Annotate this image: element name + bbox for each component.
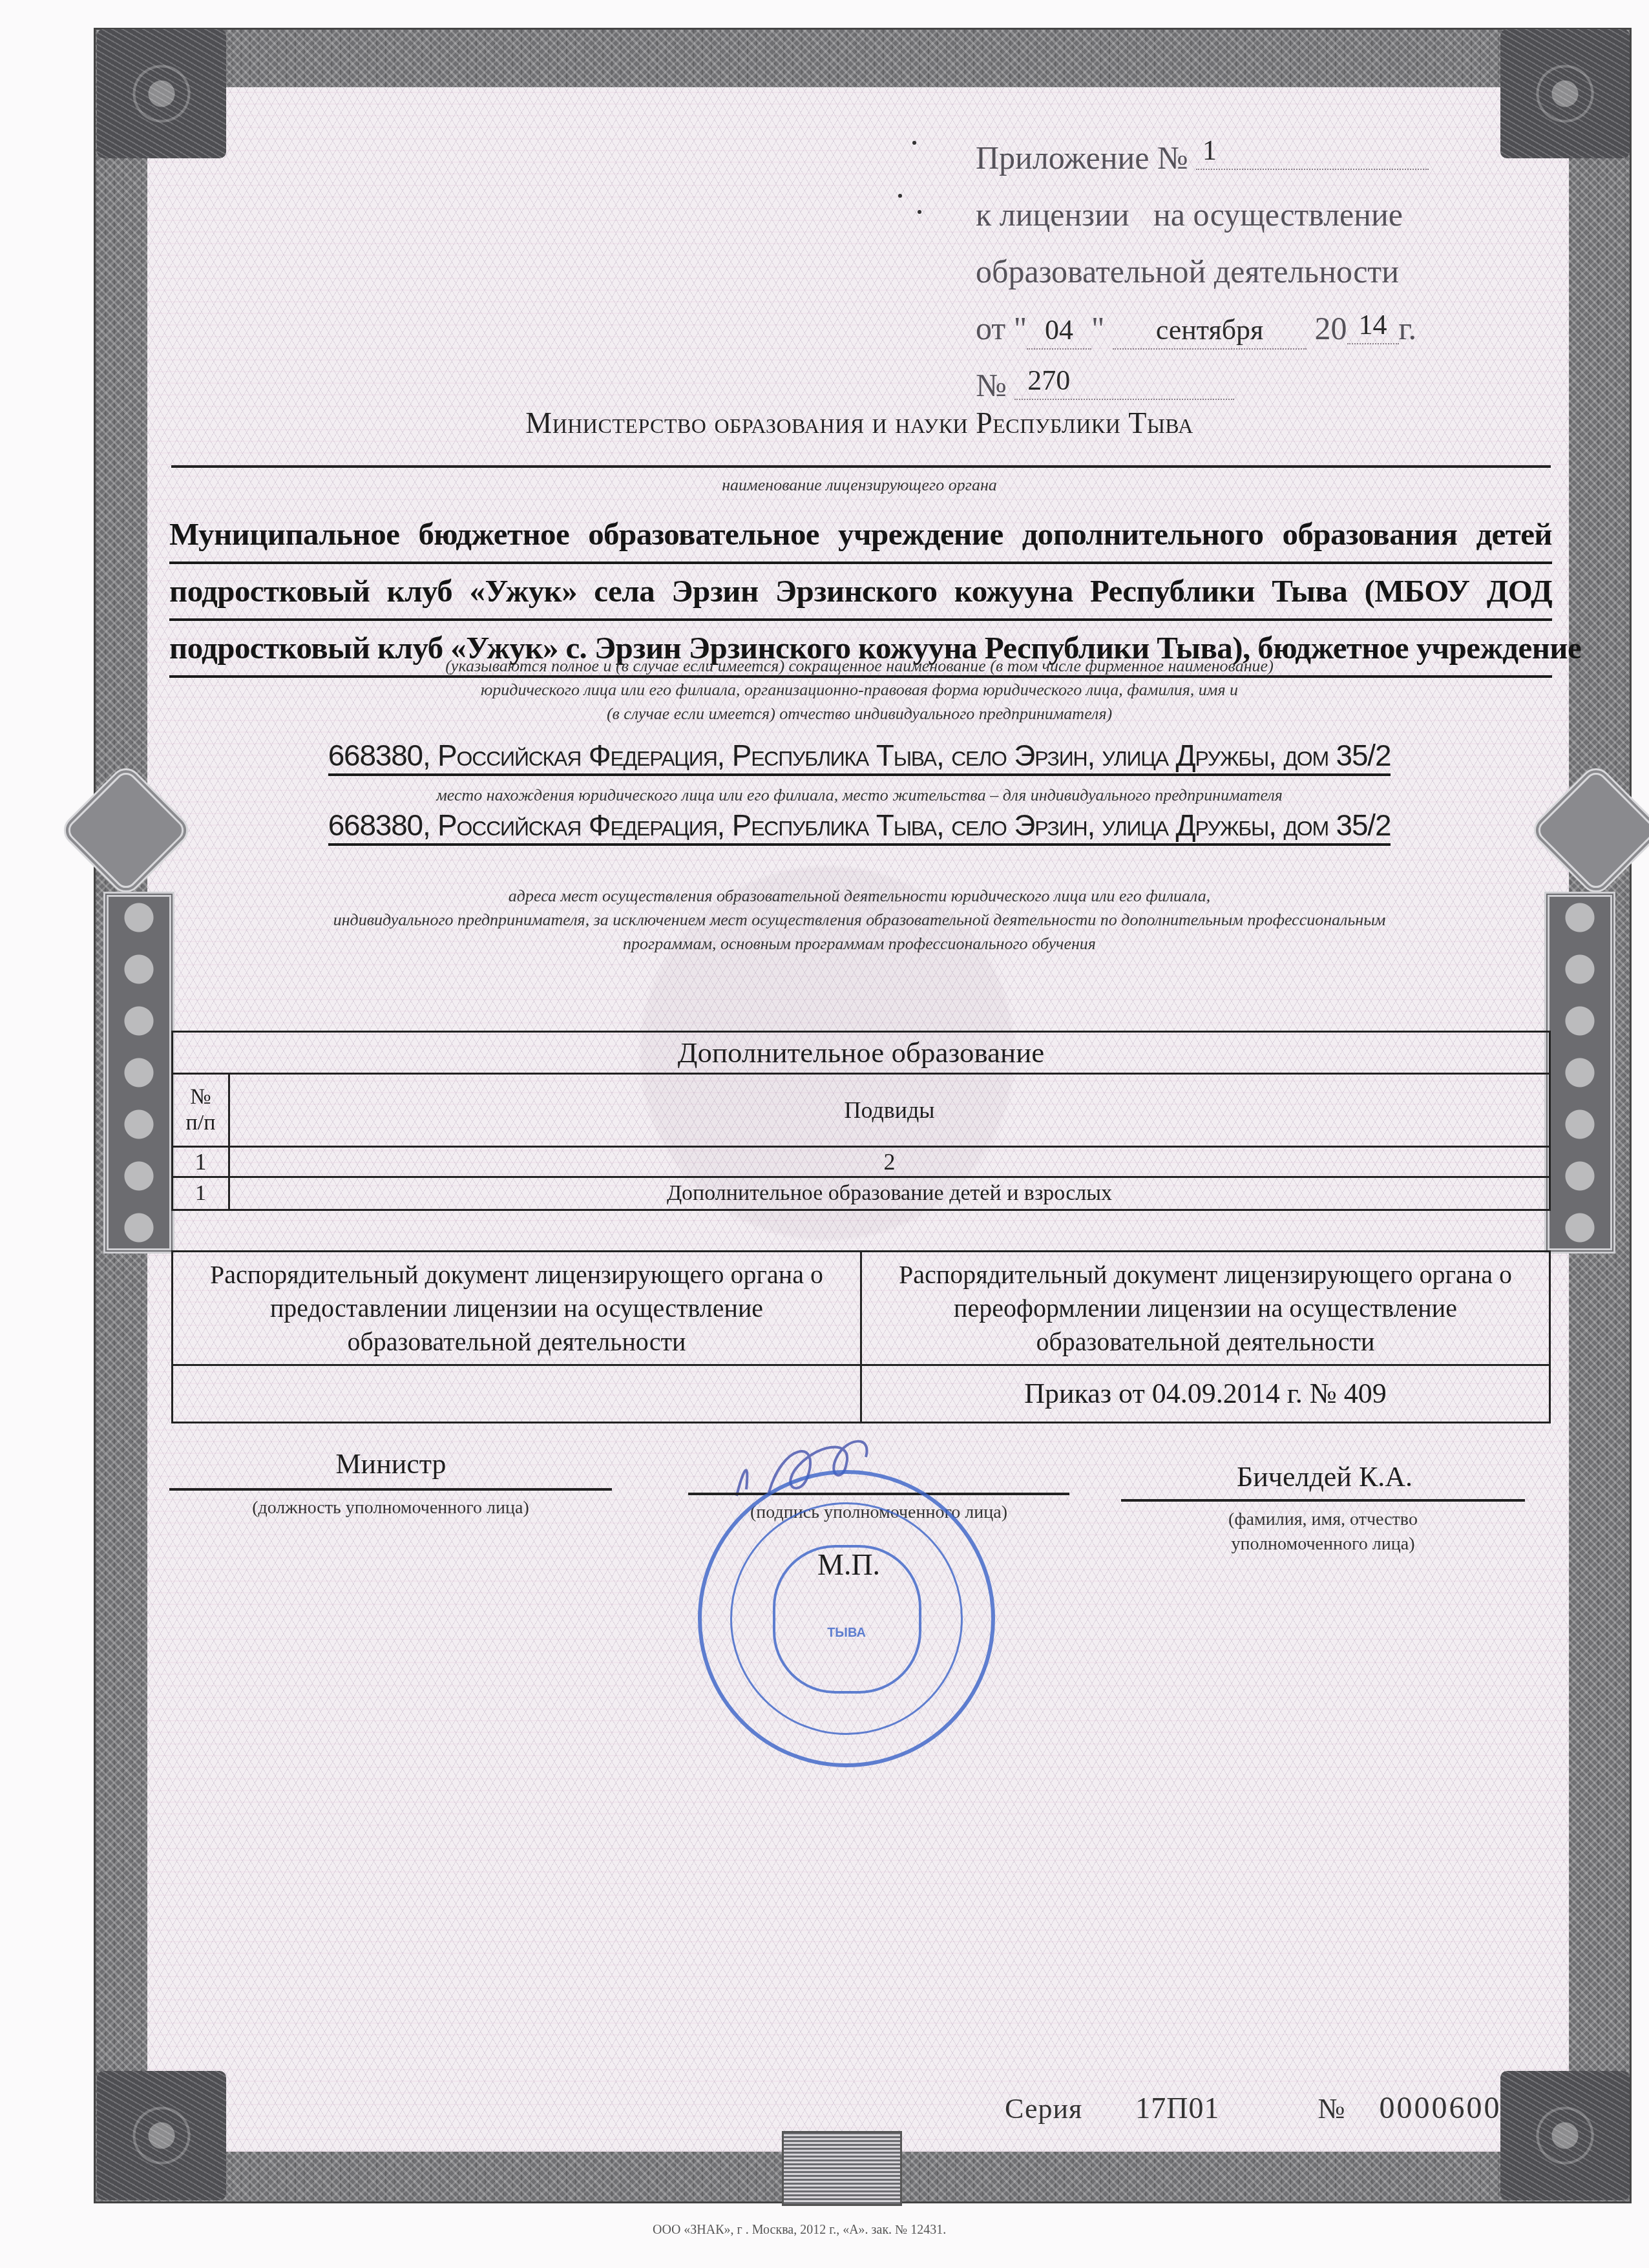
seal-emblem-text: ТЫВА [702,1626,991,1641]
activity-address-caption-line: адреса мест осуществления образовательно… [168,884,1551,908]
reg-number: 270 [1014,362,1234,400]
activity-address-caption: адреса мест осуществления образовательно… [168,884,1551,956]
name-caption-line: (фамилия, имя, отчество [1121,1507,1525,1532]
series-label: Серия [1005,2093,1082,2125]
date-month: сентября [1113,312,1307,350]
position-line [169,1488,612,1491]
signatory-position: Министр [171,1447,611,1480]
corner-ornament-icon [97,29,226,158]
column-index-cell: 2 [229,1147,1550,1177]
orders-table: Распорядительный документ лицензирующего… [171,1250,1551,1423]
appendix-header: Приложение № 1 к лицензии на осуществлен… [976,129,1454,414]
reissue-order-value: Приказ от 04.09.2014 г. № 409 [861,1365,1550,1423]
divider [171,465,1551,468]
ink-mark [912,141,916,145]
activity-address: 668380, Российская Федерация, Республика… [168,808,1551,843]
activity-table-title: Дополнительное образование [173,1032,1550,1074]
appendix-label: Приложение № [976,140,1188,176]
licensee-caption-line: юридического лица или его филиала, орган… [168,678,1551,702]
col-header-number-line: п/п [173,1110,228,1136]
licensee-caption-line: (в случае если имеется) отчество индивид… [168,702,1551,726]
date-day: 04 [1027,312,1091,350]
ink-mark [918,210,921,214]
ink-mark [898,194,902,198]
appendix-reg-row: № 270 [976,357,1454,414]
name-caption-line: уполномоченного лица) [1121,1532,1525,1557]
corner-ornament-icon [1500,2071,1630,2200]
row-number: 1 [173,1177,229,1210]
date-century: 20 [1315,310,1347,346]
corner-ornament-icon [1500,29,1630,158]
activity-address-text: 668380, Российская Федерация, Республика… [328,808,1391,846]
position-caption: (должность уполномоченного лица) [169,1496,612,1520]
reg-label: № [976,367,1007,403]
form-number: 0000600 [1379,2091,1501,2125]
side-pillar-ornament-icon [1544,892,1615,1254]
grant-order-value [173,1365,861,1423]
corner-ornament-icon [97,2071,226,2200]
appendix-number: 1 [1196,132,1429,170]
seal-place-label: М.П. [817,1548,880,1582]
printer-imprint: ООО «ЗНАК», г . Москва, 2012 г., «А». за… [653,2223,946,2238]
location-caption: место нахождения юридического лица или е… [168,783,1551,807]
licensing-body-caption: наименование лицензирующего органа [168,473,1551,497]
licensee-caption-line: (указываются полное и (в случае если име… [168,654,1551,678]
licensee-name: Муниципальное бюджетное образовательное … [169,507,1552,678]
date-year-suffix: г. [1399,310,1416,346]
activity-address-caption-line: индивидуального предпринимателя, за искл… [168,908,1551,932]
activity-address-caption-line: программам, основным программам професси… [168,932,1551,956]
official-seal-stamp: ТЫВА [698,1470,995,1767]
signatory-name: Бичелдей К.А. [1124,1460,1525,1493]
appendix-date-row: от "04" сентября 2014г. [976,300,1454,357]
licensing-body-name: Министерство образования и науки Республ… [168,406,1551,440]
series-code: 17П01 [1135,2092,1219,2125]
date-day-suffix: " [1091,310,1104,346]
row-subtype: Дополнительное образование детей и взрос… [229,1177,1550,1210]
col-header-number: № п/п [173,1074,229,1147]
bottom-plate-ornament-icon [782,2131,902,2206]
column-index-cell: 1 [173,1147,229,1177]
side-pillar-ornament-icon [103,892,174,1254]
licensee-name-line: Муниципальное бюджетное образовательное … [169,507,1552,564]
date-prefix: от " [976,310,1027,346]
col-header-number-line: № [173,1084,228,1110]
appendix-line-3: образовательной деятельности [976,243,1454,300]
grant-order-header: Распорядительный документ лицензирующего… [173,1252,861,1365]
col-header-subtypes: Подвиды [229,1074,1550,1147]
licensee-caption: (указываются полное и (в случае если име… [168,654,1551,726]
activity-table: Дополнительное образование № п/п Подвиды… [171,1031,1551,1211]
form-number-label: № [1318,2093,1345,2125]
licensee-name-line: подростковый клуб «Ужук» села Эрзин Эрзи… [169,564,1552,621]
date-year: 14 [1347,307,1399,344]
location-address: 668380, Российская Федерация, Республика… [168,738,1551,773]
form-series: Серия 17П01 № 0000600 [1005,2090,1501,2126]
name-line [1121,1499,1525,1502]
appendix-line-2: к лицензии на осуществление [976,186,1454,243]
table-row: 1 Дополнительное образование детей и взр… [173,1177,1550,1210]
appendix-number-row: Приложение № 1 [976,129,1454,186]
location-address-text: 668380, Российская Федерация, Республика… [328,739,1391,776]
name-caption: (фамилия, имя, отчество уполномоченного … [1121,1507,1525,1557]
reissue-order-header: Распорядительный документ лицензирующего… [861,1252,1550,1365]
